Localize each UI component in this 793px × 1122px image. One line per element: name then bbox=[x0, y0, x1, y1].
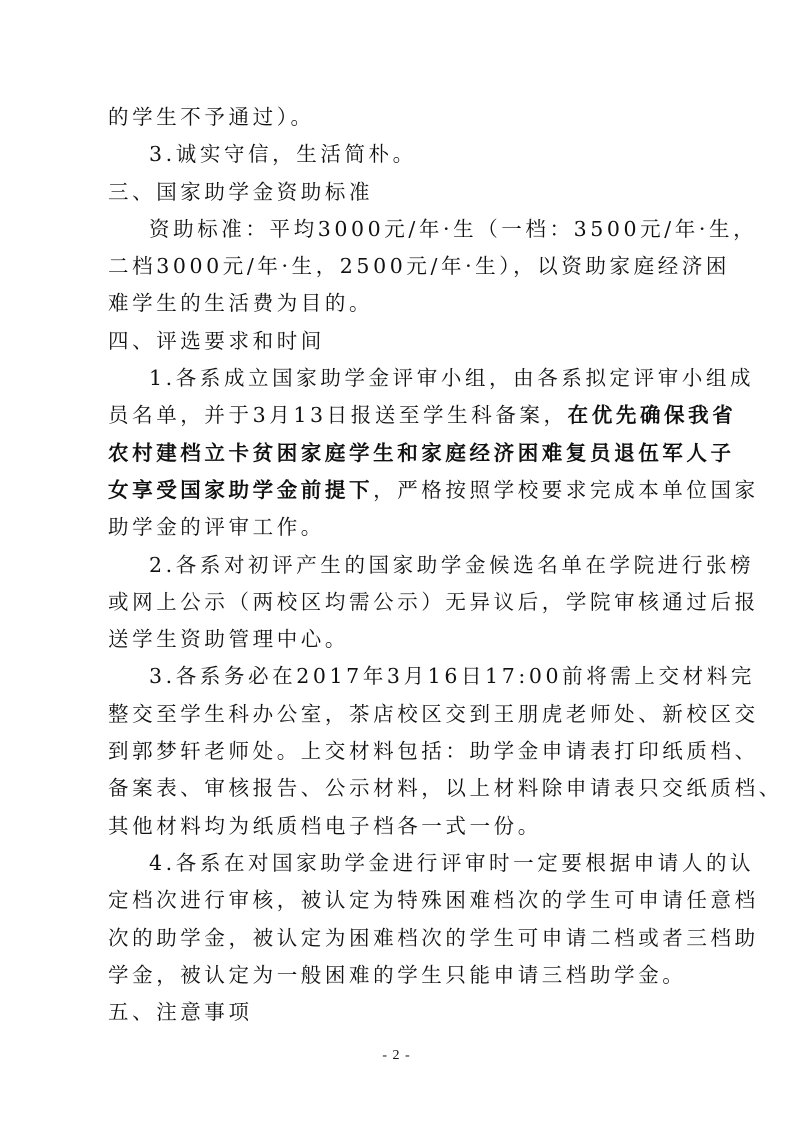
bold-text: 女享受国家助学金前提下 bbox=[108, 478, 373, 502]
bold-text: 在优先确保我省 bbox=[568, 403, 737, 427]
normal-text: 员名单，并于3月13日报送至学生科备案， bbox=[108, 403, 568, 427]
paragraph-line: 二档3000元/年·生，2500元/年·生），以资助家庭经济困 bbox=[108, 248, 686, 285]
criteria-item-3: 3.诚实守信，生活简朴。 bbox=[108, 136, 686, 173]
paragraph-line: 农村建档立卡贫困家庭学生和家庭经济困难复员退伍军人子 bbox=[108, 435, 686, 472]
paragraph-line: 或网上公示（两校区均需公示）无异议后，学院审核通过后报 bbox=[108, 584, 686, 621]
paragraph-line: 其他材料均为纸质档电子档各一式一份。 bbox=[108, 808, 686, 845]
paragraph-line: 定档次进行审核，被认定为特殊困难档次的学生可申请任意档 bbox=[108, 882, 686, 919]
normal-text: ，严格按照学校要求完成本单位国家 bbox=[373, 478, 759, 502]
paragraph-line: 女享受国家助学金前提下，严格按照学校要求完成本单位国家 bbox=[108, 472, 686, 509]
paragraph-line: 助学金的评审工作。 bbox=[108, 509, 686, 546]
page-number: - 2 - bbox=[0, 1048, 793, 1064]
paragraph-line: 资助标准：平均3000元/年·生（一档：3500元/年·生， bbox=[108, 211, 686, 248]
requirement-item-3: 3.各系务必在2017年3月16日17:00前将需上交材料完 bbox=[108, 658, 686, 695]
paragraph-line: 员名单，并于3月13日报送至学生科备案，在优先确保我省 bbox=[108, 397, 686, 434]
requirement-item-4: 4.各系在对国家助学金进行评审时一定要根据申请人的认 bbox=[108, 845, 686, 882]
section-heading-3: 三、国家助学金资助标准 bbox=[108, 174, 686, 211]
document-page: 的学生不予通过）。 3.诚实守信，生活简朴。 三、国家助学金资助标准 资助标准：… bbox=[0, 0, 793, 1122]
paragraph-line: 到郭梦轩老师处。上交材料包括：助学金申请表打印纸质档、 bbox=[108, 733, 686, 770]
paragraph-line: 次的助学金，被认定为困难档次的学生可申请二档或者三档助 bbox=[108, 920, 686, 957]
paragraph-line: 学金，被认定为一般困难的学生只能申请三档助学金。 bbox=[108, 957, 686, 994]
paragraph-line: 整交至学生科办公室，茶店校区交到王朋虎老师处、新校区交 bbox=[108, 696, 686, 733]
paragraph-line: 备案表、审核报告、公示材料，以上材料除申请表只交纸质档、 bbox=[108, 770, 686, 807]
section-heading-5: 五、注意事项 bbox=[108, 994, 686, 1031]
paragraph-line: 的学生不予通过）。 bbox=[108, 99, 686, 136]
bold-text: 农村建档立卡贫困家庭学生和家庭经济困难复员退伍军人子 bbox=[108, 441, 735, 465]
paragraph-line: 送学生资助管理中心。 bbox=[108, 621, 686, 658]
requirement-item-2: 2.各系对初评产生的国家助学金候选名单在学院进行张榜 bbox=[108, 547, 686, 584]
paragraph-line: 难学生的生活费为目的。 bbox=[108, 285, 686, 322]
document-body: 的学生不予通过）。 3.诚实守信，生活简朴。 三、国家助学金资助标准 资助标准：… bbox=[108, 99, 686, 1031]
section-heading-4: 四、评选要求和时间 bbox=[108, 323, 686, 360]
requirement-item-1: 1.各系成立国家助学金评审小组，由各系拟定评审小组成 bbox=[108, 360, 686, 397]
